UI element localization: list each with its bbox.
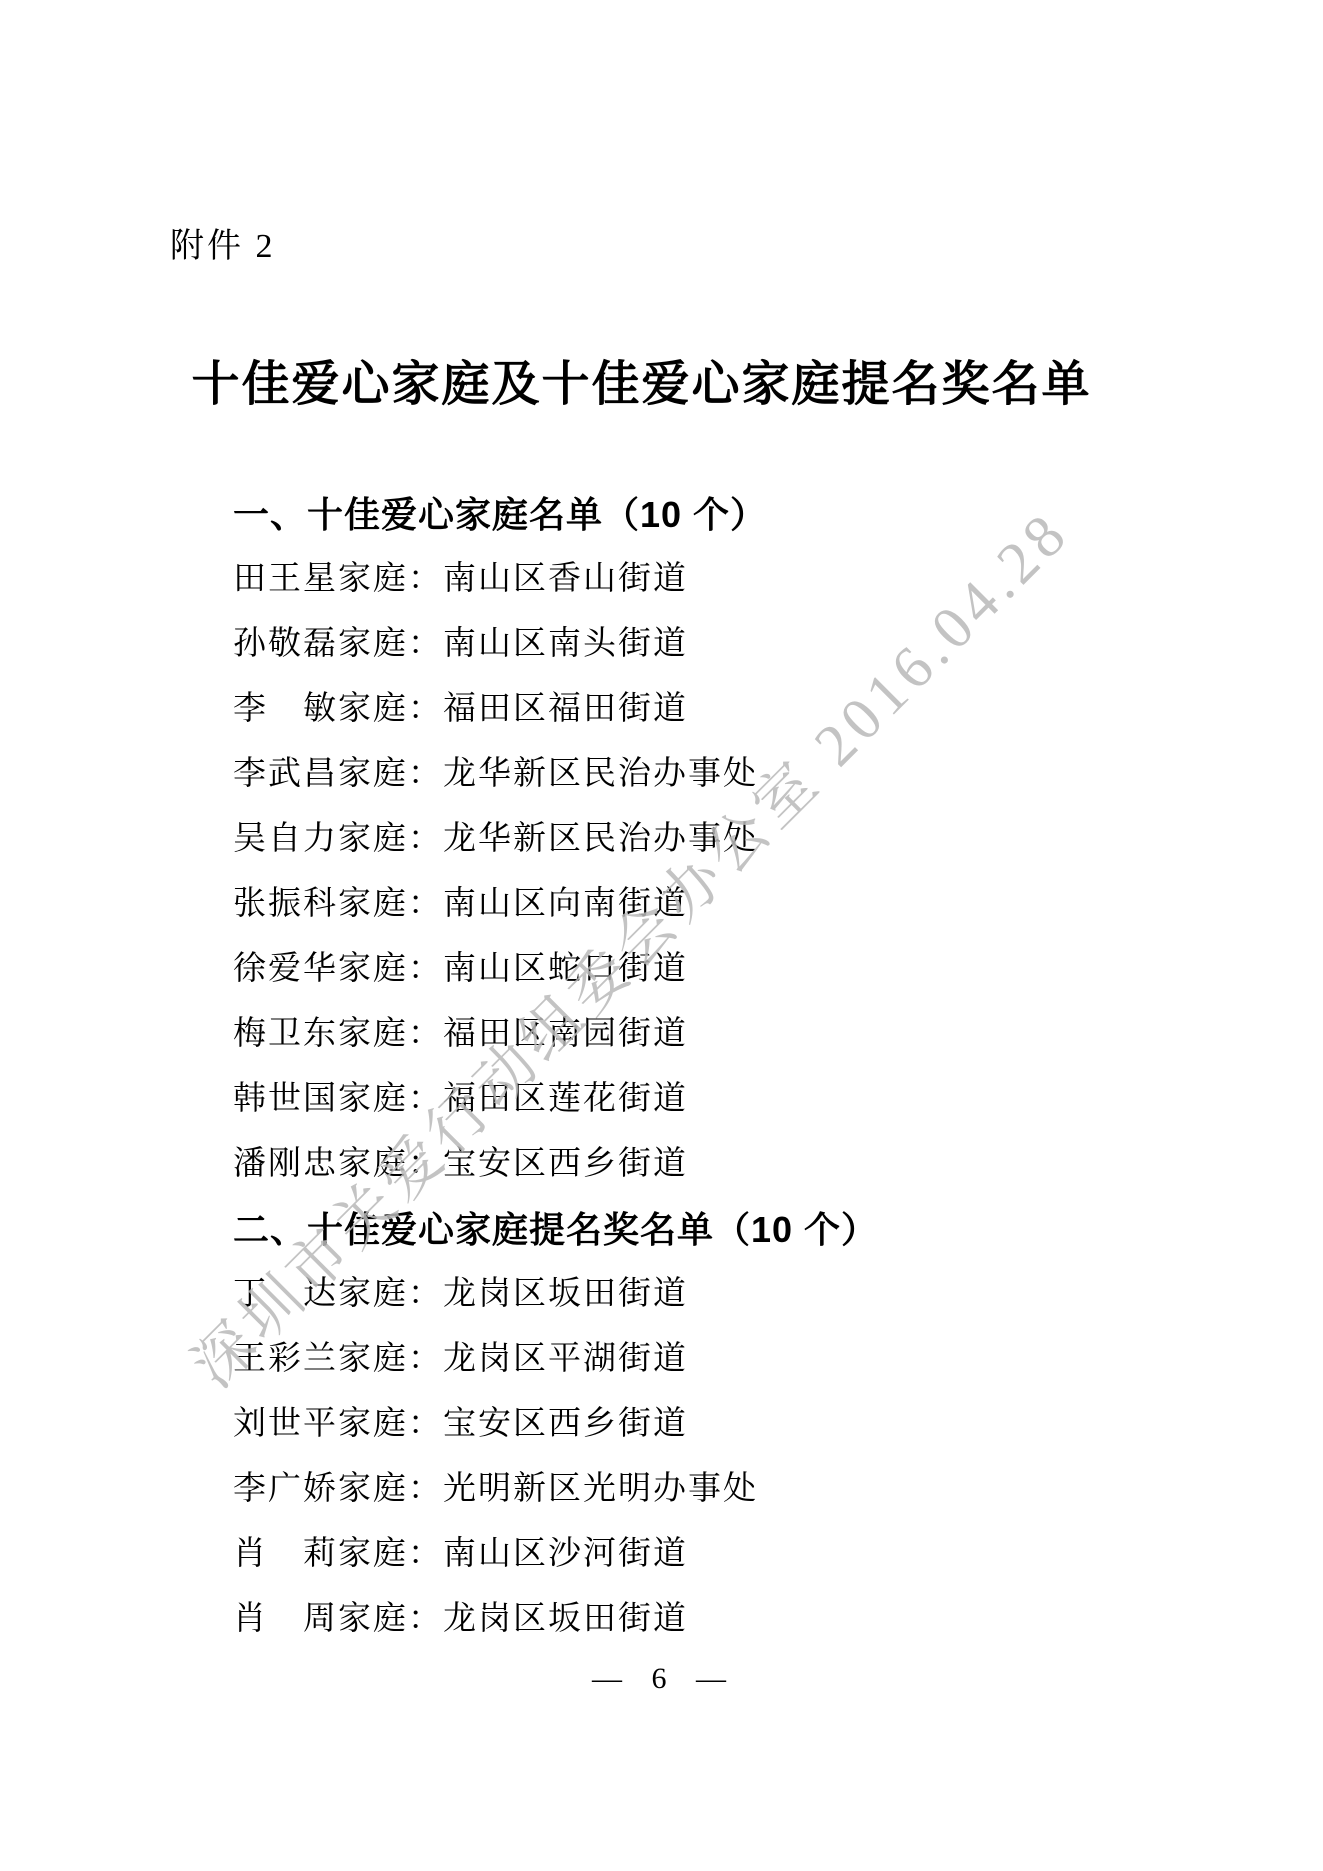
family-list-item: 李广娇家庭：光明新区光明办事处	[233, 1457, 878, 1522]
document-title: 十佳爱心家庭及十佳爱心家庭提名奖名单	[0, 345, 1283, 414]
page-number: — 6 —	[0, 1662, 1323, 1696]
content-column: 一、十佳爱心家庭名单（10 个） 田王星家庭：南山区香山街道 孙敬磊家庭：南山区…	[233, 482, 878, 1652]
attachment-label: 附件 2	[170, 218, 276, 267]
family-list-item: 徐爱华家庭：南山区蛇口街道	[233, 937, 878, 1002]
family-list-item: 丁 达家庭：龙岗区坂田街道	[233, 1262, 878, 1327]
family-list-item: 梅卫东家庭：福田区南园街道	[233, 1002, 878, 1067]
family-list-item: 潘刚忠家庭：宝安区西乡街道	[233, 1132, 878, 1197]
family-list-item: 田王星家庭：南山区香山街道	[233, 547, 878, 612]
section-2-heading: 二、十佳爱心家庭提名奖名单（10 个）	[233, 1197, 878, 1262]
family-list-item: 肖 莉家庭：南山区沙河街道	[233, 1522, 878, 1587]
family-list-item: 韩世国家庭：福田区莲花街道	[233, 1067, 878, 1132]
family-list-item: 肖 周家庭：龙岗区坂田街道	[233, 1587, 878, 1652]
family-list-item: 李 敏家庭：福田区福田街道	[233, 677, 878, 742]
family-list-item: 吴自力家庭：龙华新区民治办事处	[233, 807, 878, 872]
family-list-item: 刘世平家庭：宝安区西乡街道	[233, 1392, 878, 1457]
family-list-item: 孙敬磊家庭：南山区南头街道	[233, 612, 878, 677]
family-list-item: 张振科家庭：南山区向南街道	[233, 872, 878, 937]
family-list-item: 李武昌家庭：龙华新区民治办事处	[233, 742, 878, 807]
section-1-heading: 一、十佳爱心家庭名单（10 个）	[233, 482, 878, 547]
family-list-item: 王彩兰家庭：龙岗区平湖街道	[233, 1327, 878, 1392]
document-page: 附件 2 十佳爱心家庭及十佳爱心家庭提名奖名单 一、十佳爱心家庭名单（10 个）…	[0, 0, 1323, 1871]
